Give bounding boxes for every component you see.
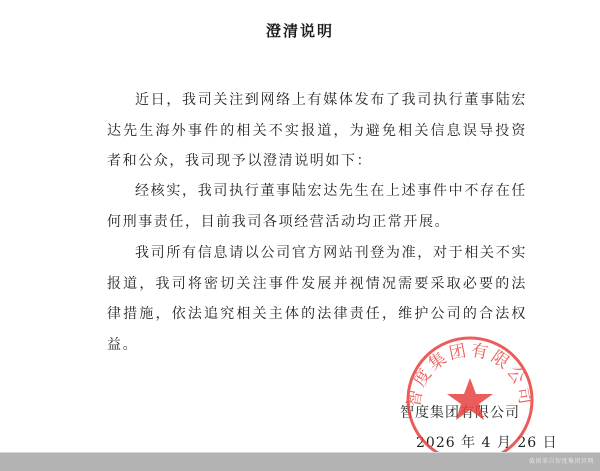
paragraph-2-text: 经核实，我司执行董事陆宏达先生在上述事件中不存在任何刑事责任，目前我司各项经营活… [107,176,527,237]
company-seal: 智度集团有限公司 [404,334,536,466]
document-title: 澄清说明 [0,20,600,41]
footer-bar: 截图来自智度集团官网 [0,452,600,471]
paragraph-2: 经核实，我司执行董事陆宏达先生在上述事件中不存在任何刑事责任，目前我司各项经营活… [107,176,527,237]
document-page: 澄清说明 近日，我司关注到网络上有媒体发布了我司执行董事陆宏达先生海外事件的相关… [0,0,600,452]
source-caption: 截图来自智度集团官网 [529,456,594,465]
paragraph-1-text: 近日，我司关注到网络上有媒体发布了我司执行董事陆宏达先生海外事件的相关不实报道，… [107,85,527,177]
paragraph-1: 近日，我司关注到网络上有媒体发布了我司执行董事陆宏达先生海外事件的相关不实报道，… [107,85,527,177]
star-icon [447,378,493,420]
